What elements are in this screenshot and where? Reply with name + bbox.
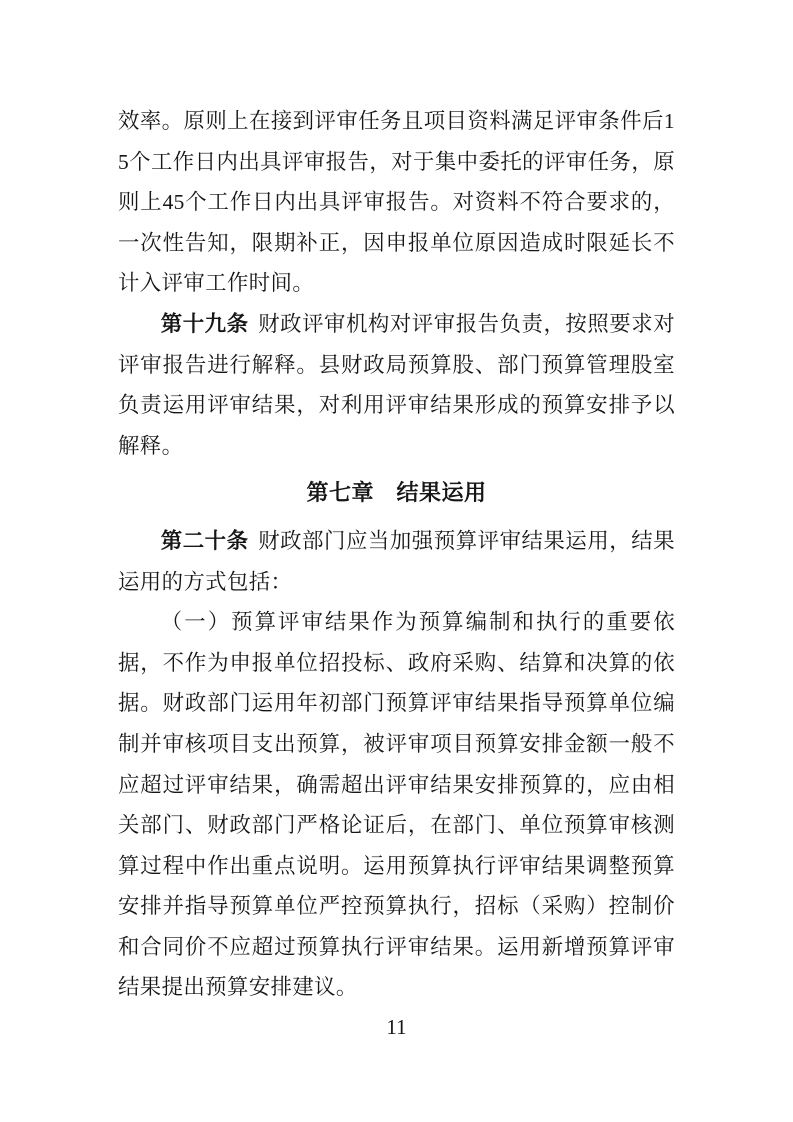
paragraph-article-19: 第十九条财政评审机构对评审报告负责，按照要求对评审报告进行解释。县财政局预算股、… bbox=[118, 304, 675, 466]
paragraph-item-1: （一）预算评审结果作为预算编制和执行的重要依据，不作为申报单位招投标、政府采购、… bbox=[118, 602, 675, 1008]
paragraph-continuation: 效率。原则上在接到评审任务且项目资料满足评审条件后15个工作日内出具评审报告，对… bbox=[118, 101, 675, 304]
page-number: 11 bbox=[0, 1014, 793, 1040]
article-19-label: 第十九条 bbox=[161, 312, 249, 336]
document-page: 效率。原则上在接到评审任务且项目资料满足评审条件后15个工作日内出具评审报告，对… bbox=[0, 0, 793, 1122]
article-20-label: 第二十条 bbox=[161, 529, 249, 553]
chapter-heading: 第七章 结果运用 bbox=[118, 473, 675, 514]
document-body: 效率。原则上在接到评审任务且项目资料满足评审条件后15个工作日内出具评审报告，对… bbox=[118, 101, 675, 1008]
paragraph-article-20: 第二十条财政部门应当加强预算评审结果运用，结果运用的方式包括： bbox=[118, 521, 675, 602]
